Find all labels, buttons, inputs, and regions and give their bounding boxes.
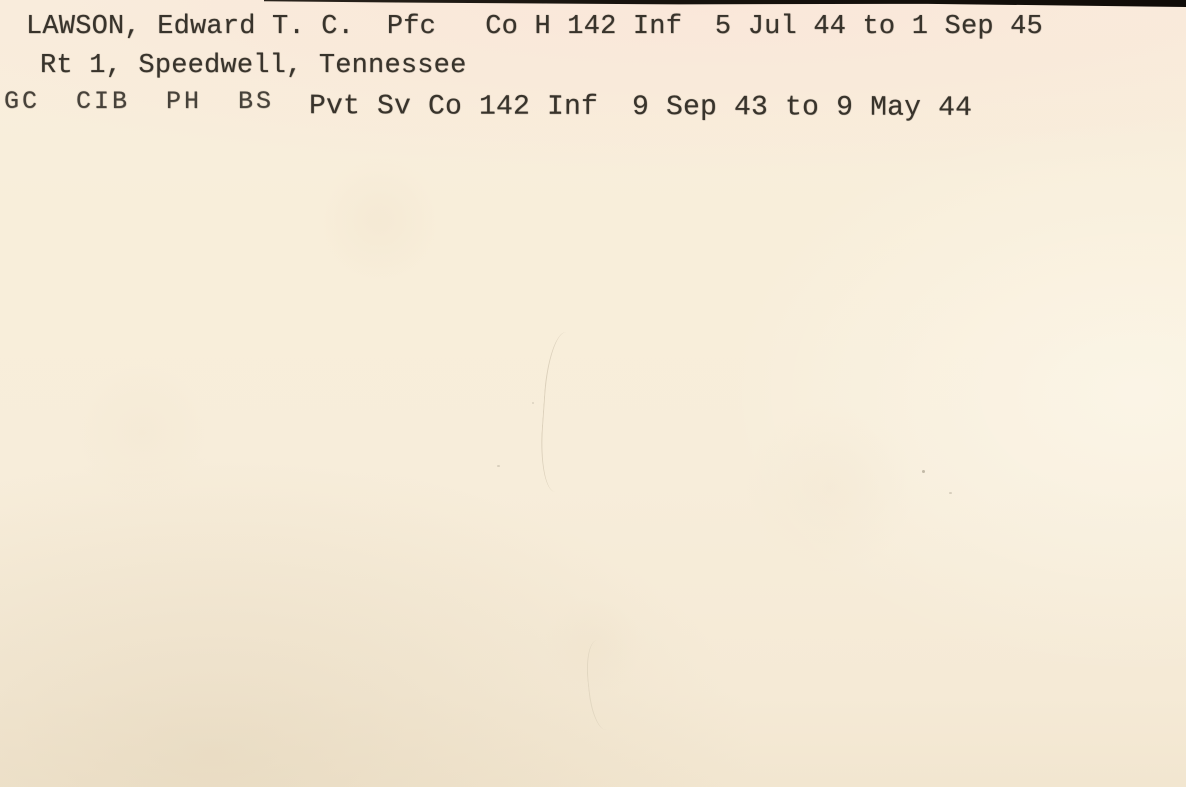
awards-line: GC CIB PH BS	[4, 87, 274, 116]
service-record-line: LAWSON, Edward T. C. Pfc Co H 142 Inf 5 …	[26, 12, 1043, 42]
paper-speck	[497, 465, 500, 467]
address-line: Rt 1, Speedwell, Tennessee	[40, 51, 466, 81]
prior-service-line: Pvt Sv Co 142 Inf 9 Sep 43 to 9 May 44	[309, 91, 972, 124]
scanner-edge-shadow	[264, 0, 1186, 7]
paper-crease	[537, 331, 583, 493]
paper-speck	[922, 470, 925, 473]
paper-crease-small	[583, 639, 619, 731]
scanned-index-card: LAWSON, Edward T. C. Pfc Co H 142 Inf 5 …	[0, 0, 1186, 787]
paper-speck	[532, 402, 534, 404]
paper-speck	[949, 492, 952, 494]
